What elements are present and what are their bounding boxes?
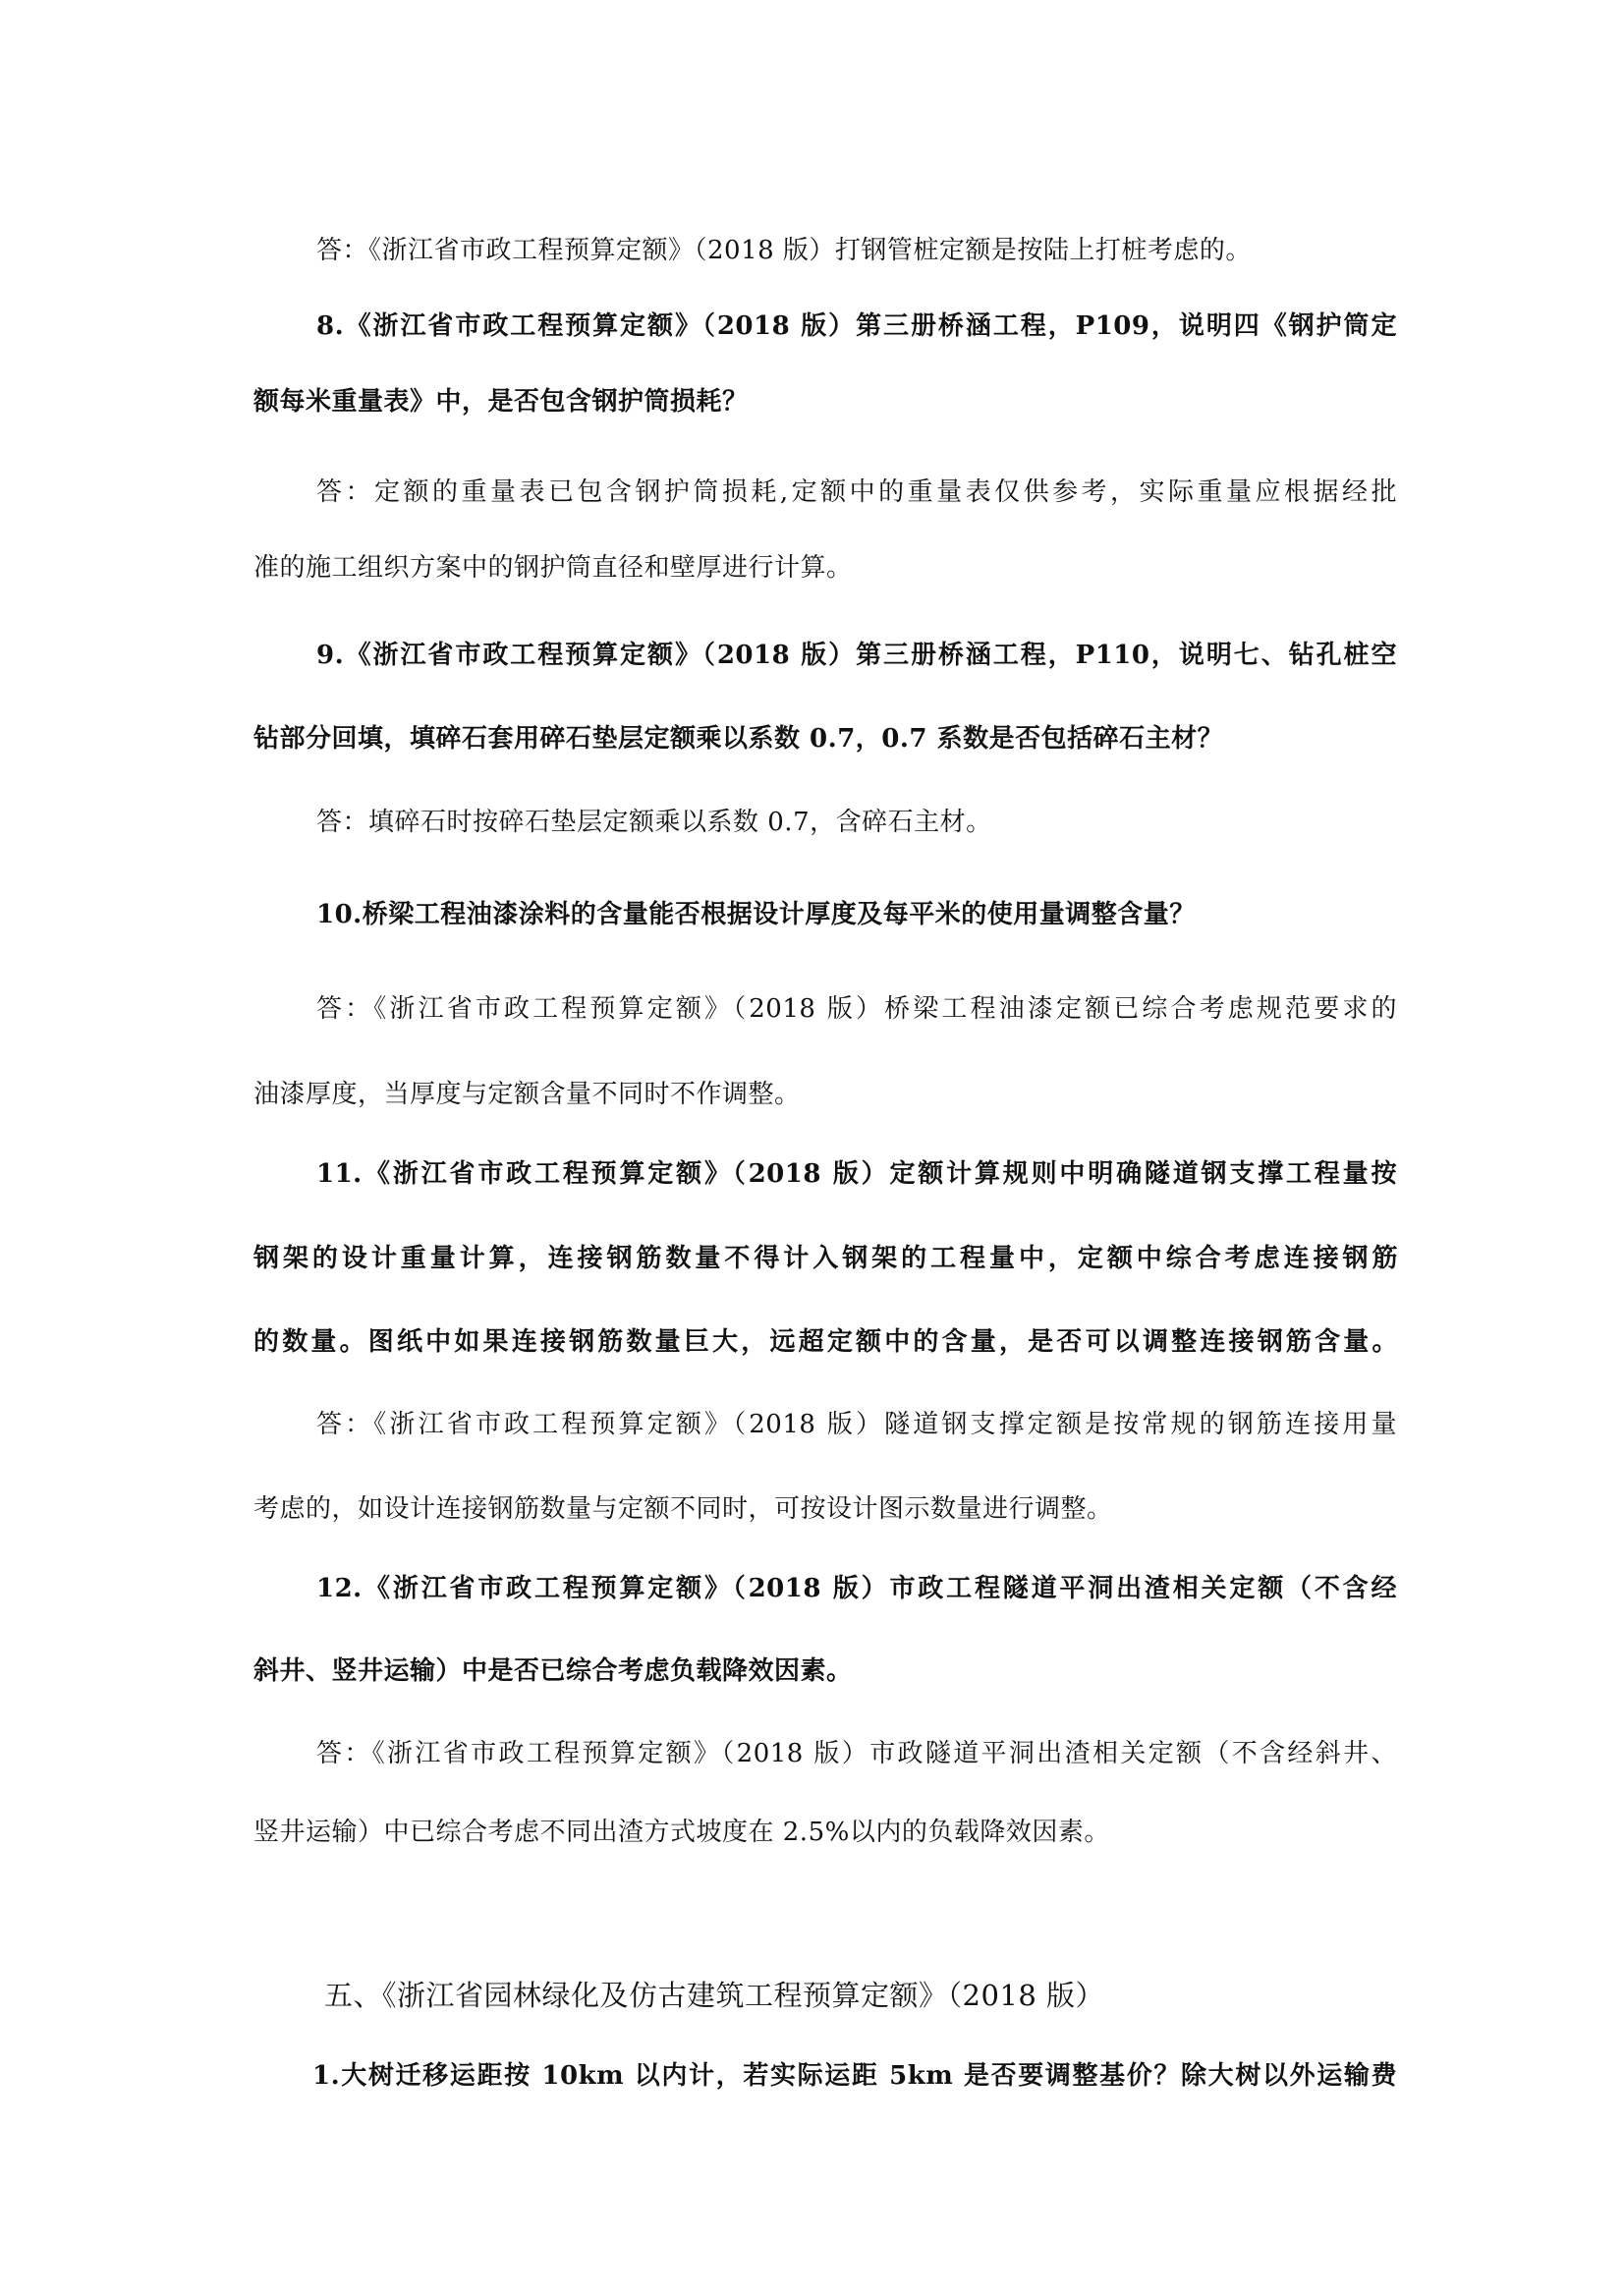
answer-text: 竖井运输）中已综合考虑不同出渣方式坡度在 2.5%以内的负载降效因素。 — [253, 1816, 1398, 1849]
answer-text: 答：《浙江省市政工程预算定额》（2018 版）市政隧道平洞出渣相关定额（不含经斜… — [316, 1737, 1397, 1770]
question-text: 9.《浙江省市政工程预算定额》（2018 版）第三册桥涵工程，P110，说明七、… — [316, 639, 1397, 672]
question-text: 8.《浙江省市政工程预算定额》（2018 版）第三册桥涵工程，P109，说明四《… — [316, 309, 1397, 343]
answer-text: 答：定额的重量表已包含钢护筒损耗,定额中的重量表仅供参考，实际重量应根据经批 — [316, 476, 1397, 509]
question-text: 斜井、竖井运输）中是否已综合考虑负载降效因素。 — [253, 1654, 1398, 1688]
answer-text: 答：填碎石时按碎石垫层定额乘以系数 0.7，含碎石主材。 — [316, 806, 1397, 839]
question-text: 钻部分回填，填碎石套用碎石垫层定额乘以系数 0.7，0.7 系数是否包括碎石主材… — [253, 722, 1398, 756]
answer-text: 答：《浙江省市政工程预算定额》（2018 版）隧道钢支撑定额是按常规的钢筋连接用… — [316, 1408, 1397, 1441]
answer-text: 油漆厚度，当厚度与定额含量不同时不作调整。 — [253, 1078, 1398, 1111]
answer-text: 考虑的，如设计连接钢筋数量与定额不同时，可按设计图示数量进行调整。 — [253, 1492, 1398, 1526]
question-text: 额每米重量表》中，是否包含钢护筒损耗？ — [253, 385, 1398, 419]
document-page: 答：《浙江省市政工程预算定额》（2018 版）打钢管桩定额是按陆上打桩考虑的。 … — [0, 0, 1624, 2296]
question-text: 11.《浙江省市政工程预算定额》（2018 版）定额计算规则中明确隧道钢支撑工程… — [316, 1157, 1397, 1191]
answer-text: 准的施工组织方案中的钢护筒直径和壁厚进行计算。 — [253, 551, 1398, 585]
question-text: 12.《浙江省市政工程预算定额》（2018 版）市政工程隧道平洞出渣相关定额（不… — [316, 1572, 1397, 1605]
question-text: 10.桥梁工程油漆涂料的含量能否根据设计厚度及每平米的使用量调整含量？ — [316, 898, 1397, 931]
question-text: 1.大树迁移运距按 10km 以内计，若实际运距 5km 是否要调整基价？除大树… — [312, 2059, 1397, 2093]
section-heading: 五、《浙江省园林绿化及仿古建筑工程预算定额》（2018 版） — [324, 1979, 1469, 2012]
question-text: 的数量。图纸中如果连接钢筋数量巨大，远超定额中的含量，是否可以调整连接钢筋含量。 — [253, 1325, 1398, 1359]
question-text: 钢架的设计重量计算，连接钢筋数量不得计入钢架的工程量中，定额中综合考虑连接钢筋 — [253, 1242, 1398, 1275]
answer-text: 答：《浙江省市政工程预算定额》（2018 版）桥梁工程油漆定额已综合考虑规范要求… — [316, 992, 1397, 1026]
answer-text: 答：《浙江省市政工程预算定额》（2018 版）打钢管桩定额是按陆上打桩考虑的。 — [316, 234, 1397, 267]
